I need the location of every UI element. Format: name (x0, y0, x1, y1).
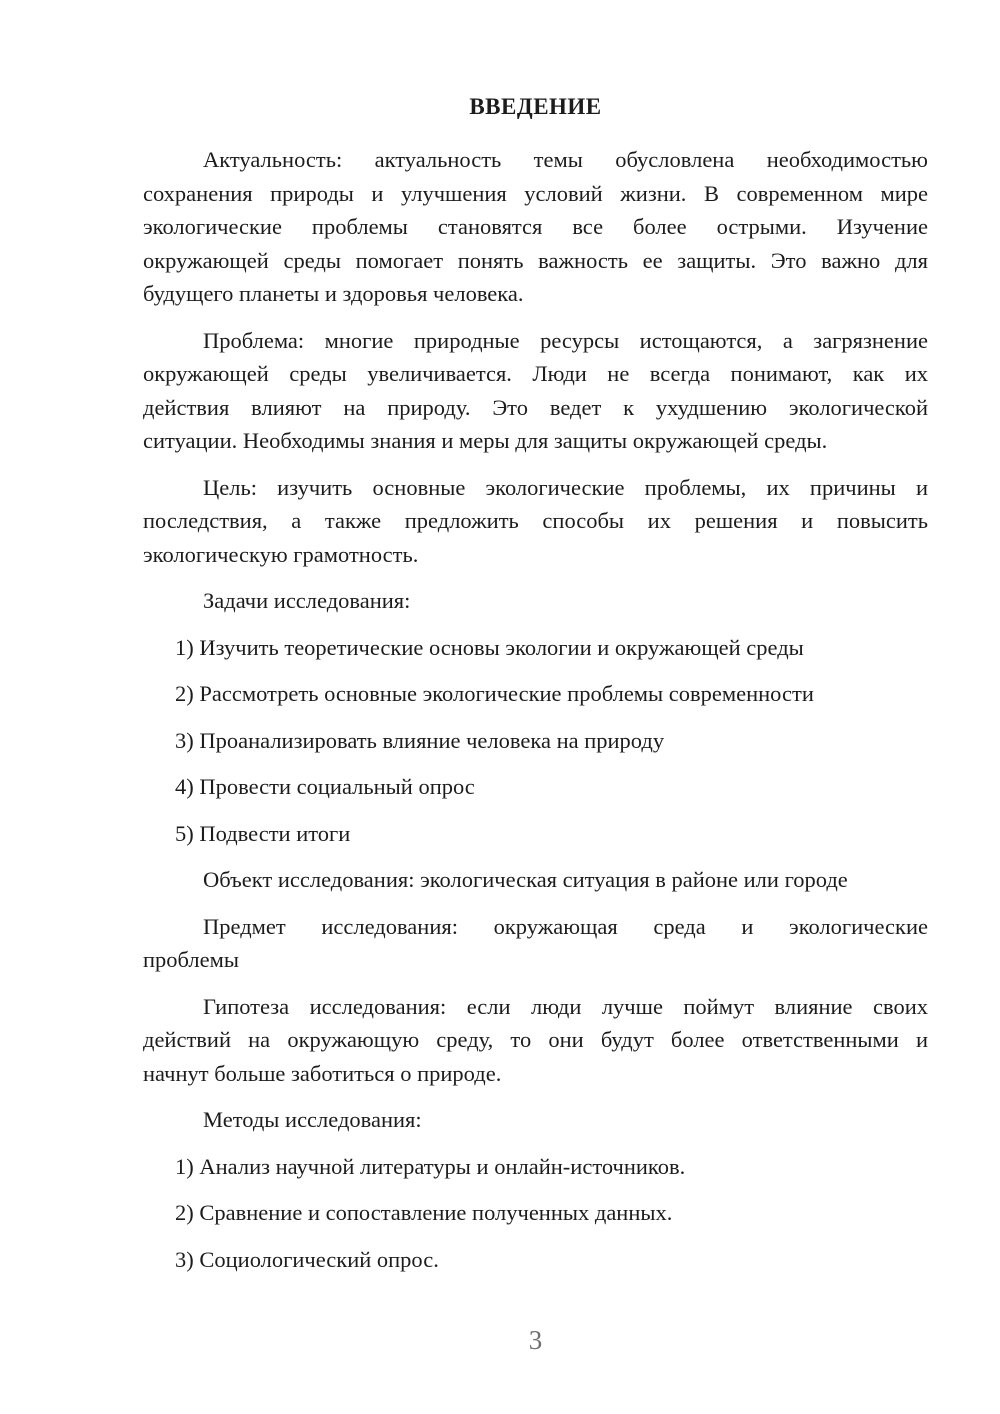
list-item: 5) Подвести итоги (143, 817, 928, 851)
text-line: проблемы (143, 943, 928, 977)
text-line: Задачи исследования: (143, 584, 928, 618)
list-item: 4) Провести социальный опрос (143, 770, 928, 804)
list-item: 1) Анализ научной литературы и онлайн-ис… (143, 1150, 928, 1184)
paragraph: Предмет исследования: окружающая среда и… (143, 910, 928, 977)
page-title: ВВЕДЕНИЕ (143, 90, 928, 124)
paragraph: Объект исследования: экологическая ситуа… (143, 863, 928, 897)
text-line: сохранения природы и улучшения условий ж… (143, 177, 928, 211)
text-line: последствия, а также предложить способы … (143, 504, 928, 538)
text-line: 2) Сравнение и сопоставление полученных … (143, 1196, 928, 1230)
text-line: 4) Провести социальный опрос (143, 770, 928, 804)
document-page: ВВЕДЕНИЕ Актуальность: актуальность темы… (0, 0, 1000, 1414)
list-item: 2) Рассмотреть основные экологические пр… (143, 677, 928, 711)
text-line: экологическую грамотность. (143, 538, 928, 572)
paragraph: Задачи исследования: (143, 584, 928, 618)
text-line: 3) Социологический опрос. (143, 1243, 928, 1277)
list-item: 3) Социологический опрос. (143, 1243, 928, 1277)
text-line: 3) Проанализировать влияние человека на … (143, 724, 928, 758)
text-line: действий на окружающую среду, то они буд… (143, 1023, 928, 1057)
text-line: Гипотеза исследования: если люди лучше п… (143, 990, 928, 1024)
list-item: 1) Изучить теоретические основы экологии… (143, 631, 928, 665)
paragraph: Цель: изучить основные экологические про… (143, 471, 928, 572)
text-line: окружающей среды помогает понять важност… (143, 244, 928, 278)
text-line: Цель: изучить основные экологические про… (143, 471, 928, 505)
list-item: 3) Проанализировать влияние человека на … (143, 724, 928, 758)
page-number: 3 (143, 1322, 928, 1358)
document-body: Актуальность: актуальность темы обусловл… (143, 143, 928, 1276)
text-line: экологические проблемы становятся все бо… (143, 210, 928, 244)
paragraph: Гипотеза исследования: если люди лучше п… (143, 990, 928, 1091)
text-line: Предмет исследования: окружающая среда и… (143, 910, 928, 944)
text-line: Проблема: многие природные ресурсы истощ… (143, 324, 928, 358)
paragraph: Методы исследования: (143, 1103, 928, 1137)
text-line: 5) Подвести итоги (143, 817, 928, 851)
text-line: 1) Анализ научной литературы и онлайн-ис… (143, 1150, 928, 1184)
text-line: окружающей среды увеличивается. Люди не … (143, 357, 928, 391)
text-line: действия влияют на природу. Это ведет к … (143, 391, 928, 425)
paragraph: Проблема: многие природные ресурсы истощ… (143, 324, 928, 458)
text-line: 2) Рассмотреть основные экологические пр… (143, 677, 928, 711)
text-line: 1) Изучить теоретические основы экологии… (143, 631, 928, 665)
text-line: ситуации. Необходимы знания и меры для з… (143, 424, 928, 458)
text-line: Методы исследования: (143, 1103, 928, 1137)
paragraph: Актуальность: актуальность темы обусловл… (143, 143, 928, 311)
list-item: 2) Сравнение и сопоставление полученных … (143, 1196, 928, 1230)
text-line: Актуальность: актуальность темы обусловл… (143, 143, 928, 177)
text-line: Объект исследования: экологическая ситуа… (143, 863, 928, 897)
text-line: начнут больше заботиться о природе. (143, 1057, 928, 1091)
text-line: будущего планеты и здоровья человека. (143, 277, 928, 311)
